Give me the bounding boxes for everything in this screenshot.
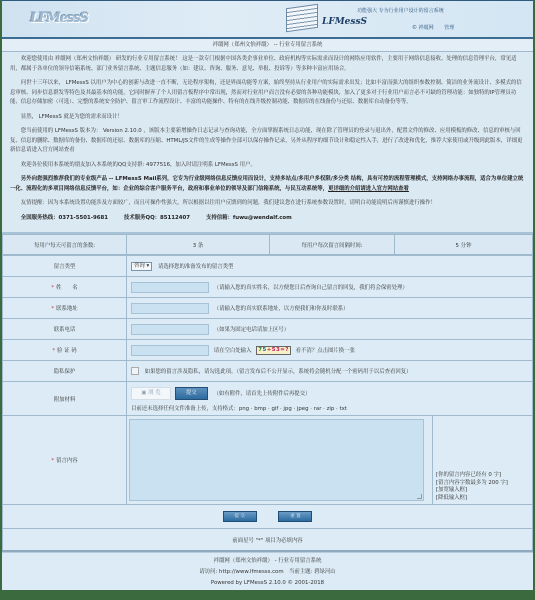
- daily-limit-value: 3 条: [127, 235, 270, 255]
- tech-qq: 技术服务QQ：85112407: [124, 215, 190, 221]
- upload-button[interactable]: 提交: [175, 387, 208, 400]
- char-count: [你的留言内容已经有 0 字]: [436, 472, 532, 480]
- intro-paragraph-6: 另外向您强烈推荐我们的专业级产品 -- LFMessS Mail系列，它专为行业…: [10, 175, 525, 194]
- address-input[interactable]: [131, 303, 209, 314]
- button-row: 提 交 重 置: [3, 505, 533, 529]
- intro-paragraph-4: 您当前使用的 LFMessS 版本为： Version 2.10.0 ，该版本主…: [10, 127, 525, 156]
- footer-line-3: Powered by LFMessS 2.10.0 © 2001-2018: [2, 578, 533, 589]
- char-max: [留言内容字数最多为 200 字]: [436, 480, 532, 488]
- name-label: 姓 名: [56, 285, 78, 291]
- contact-info: 全国服务热线：0371-5501-9681 技术服务QQ：85112407 支持…: [10, 214, 525, 224]
- banner-graphic-icon: [286, 4, 318, 32]
- intro-paragraph-3: 显然， LFMessS 就是为您的需求而设计！: [10, 113, 525, 123]
- intro-paragraph-2: 问世十三年以来， LFMessS 以用户为中心的创新与改进一直不断，无论程序架构…: [10, 79, 525, 108]
- privacy-label: 隐私保护: [3, 361, 127, 382]
- admin-link[interactable]: 管理: [444, 25, 454, 31]
- required-note: 前面星号 "*" 项目为必填内容: [3, 529, 533, 552]
- page: LFMessS LFMessS 功能强大 专为行业用户设计的留言系统 © 袢缰网…: [2, 0, 533, 590]
- chevron-down-icon: ▾: [147, 263, 150, 269]
- address-hint: （请输入您的真实联系地址，以方便我们和你及时联系）: [214, 306, 349, 312]
- support-email: 支持信箱：fuwu@wendalf.com: [206, 215, 292, 221]
- phone-hint: （如果为固定电话请加上区号）: [214, 327, 289, 333]
- promo-text: 另外向您强烈推荐我们的专业级产品 -- LFMessS Mail系列，它专为行业…: [10, 176, 523, 192]
- name-hint: （请输入您的真实姓名，以方便您日后查询自己留言的回复，我们将会保密处理）: [214, 285, 408, 291]
- message-label: 留言内容: [56, 458, 78, 464]
- message-label-cell: *留言内容: [3, 416, 127, 505]
- required-star: *: [51, 458, 54, 464]
- type-select[interactable]: 咨询 ▾: [131, 262, 152, 271]
- home-link[interactable]: © 袢缰网: [412, 25, 434, 31]
- header-links: © 袢缰网 管理: [412, 24, 463, 31]
- message-textarea[interactable]: [129, 419, 424, 501]
- required-star: *: [51, 306, 54, 312]
- slogan: 功能强大 专为行业用户设计的留言系统: [357, 7, 444, 14]
- submit-button[interactable]: 提 交: [223, 511, 257, 522]
- captcha-char: ?: [285, 347, 289, 353]
- footer-line-2: 请访问: http://www.lfmesss.com 当前主题: 碧绿河山: [2, 567, 533, 578]
- interval-value: 5 分钟: [395, 235, 533, 255]
- privacy-checkbox[interactable]: [131, 367, 139, 375]
- shrink-textarea-link[interactable]: [降低输入框]: [436, 495, 532, 503]
- attach-label: 附加材料: [3, 382, 127, 416]
- required-star: *: [52, 348, 55, 354]
- intro-paragraph-1: 欢迎您使用由 袢缰网（郑州文怡袢缰） 研发的行业专用留言系统！ 这是一款专门根据…: [10, 55, 525, 74]
- browse-label: 浏 览: [148, 390, 161, 396]
- captcha-refresh-hint[interactable]: 看不清？点击图片换一张: [296, 348, 355, 354]
- captcha-prompt: 请在空白处输入: [214, 348, 252, 354]
- captcha-image[interactable]: 75+53=?: [256, 346, 291, 355]
- interval-label: 每用户每次留言间隔时间:: [270, 235, 395, 255]
- reset-button[interactable]: 重 置: [278, 511, 312, 522]
- intro-paragraph-5: 欢迎各位使用本系统的朋友加入本系统的QQ支持群: 4977516，加入时请注明系…: [10, 161, 525, 171]
- logo-right: LFMessS: [322, 17, 367, 27]
- page-title: 袢缰网（郑州文怡袢缰） -- 行业专用留言系统: [2, 39, 533, 52]
- official-site-link[interactable]: 更详细的介绍请进入官方网站查看: [328, 186, 409, 192]
- name-label-cell: *姓 名: [3, 277, 127, 298]
- attach-hint: （如有附件，请首先上传附件后再提交）: [213, 391, 310, 397]
- counter-cell: [你的留言内容已经有 0 字] [留言内容字数最多为 200 字] [加宽输入框…: [433, 416, 533, 505]
- captcha-input[interactable]: [131, 345, 209, 356]
- attach-status: 目前还未选择任何文件准备上传，支持格式：png · bmp · gif · jp…: [131, 404, 531, 412]
- address-label: 联系地址: [56, 306, 78, 312]
- privacy-text: 如果您的留言涉及隐私，请勾选此项。（留言发布后不公开显示，系统将会随机分配一个密…: [145, 369, 412, 375]
- captcha-label: 验 证 码: [57, 348, 77, 354]
- footer-line-1: 袢缰网（郑州文怡袢缰） - 行业专用留言系统: [2, 556, 533, 567]
- footer: 袢缰网（郑州文怡袢缰） - 行业专用留言系统 请访问: http://www.l…: [2, 552, 533, 590]
- required-star: *: [51, 285, 54, 291]
- stats-table: 每用户每天可留言的条数: 3 条 每用户每次留言间隔时间: 5 分钟: [2, 234, 533, 255]
- phone-label: 联系电话: [3, 319, 127, 340]
- name-input[interactable]: [131, 282, 209, 293]
- message-form: 留言类型 咨询 ▾ 请选择您的准备发布的留言类型 *姓 名 （请输入您的真实姓名…: [2, 255, 533, 552]
- hotline: 全国服务热线：0371-5501-9681: [21, 215, 108, 221]
- type-hint: 请选择您的准备发布的留言类型: [158, 264, 233, 270]
- phone-input[interactable]: [131, 324, 209, 335]
- logo-left: LFMessS: [30, 11, 88, 26]
- daily-limit-label: 每用户每天可留言的条数:: [3, 235, 127, 255]
- address-label-cell: *联系地址: [3, 298, 127, 319]
- enlarge-textarea-link[interactable]: [加宽输入框]: [436, 487, 532, 495]
- captcha-label-cell: *验 证 码: [3, 340, 127, 361]
- intro-paragraph-7: 友情提醒：因为本系统设置功能涉及方面较广，而且可操作性强大，所以根据以往用户反馈…: [10, 199, 525, 209]
- browse-button[interactable]: ▣ 浏 览: [131, 387, 171, 400]
- image-icon: ▣: [141, 390, 146, 396]
- type-selected: 咨询: [134, 263, 145, 269]
- header-banner: LFMessS LFMessS 功能强大 专为行业用户设计的留言系统 © 袢缰网…: [2, 0, 533, 39]
- intro-section: 欢迎您使用由 袢缰网（郑州文怡袢缰） 研发的行业专用留言系统！ 这是一款专门根据…: [2, 52, 533, 234]
- type-label: 留言类型: [3, 256, 127, 277]
